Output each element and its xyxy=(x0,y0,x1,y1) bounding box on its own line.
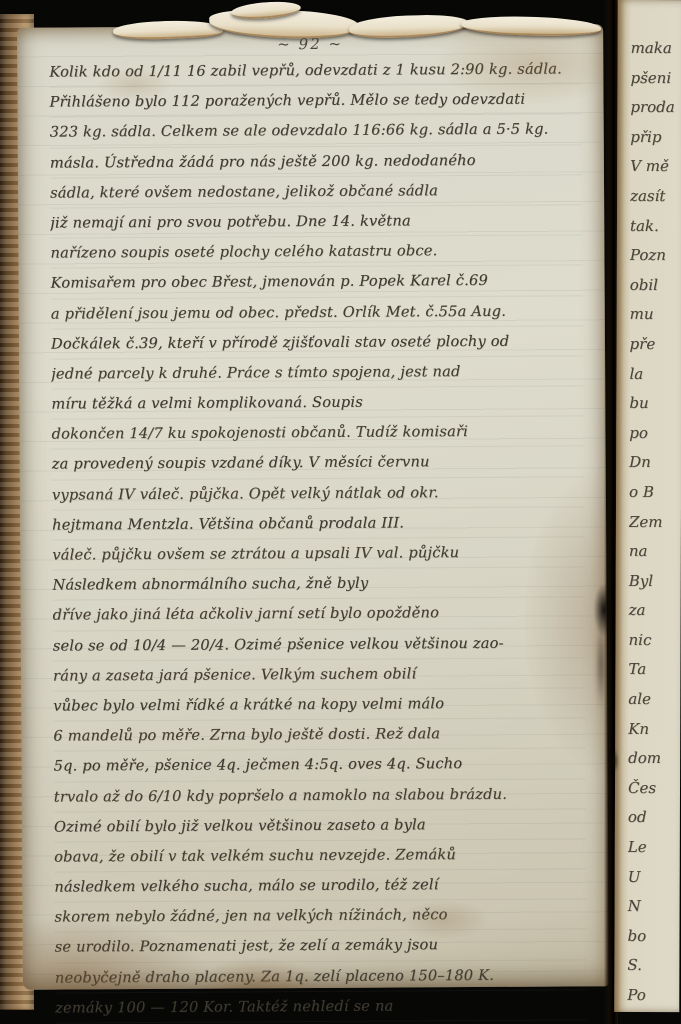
facing-page-fragment: Zem xyxy=(629,507,681,537)
facing-page-fragment: proda xyxy=(630,93,681,123)
manuscript-line: 323 kg. sádla. Celkem se ale odevzdalo 1… xyxy=(50,115,582,148)
manuscript-line: obava, že obilí v tak velkém suchu nevze… xyxy=(54,839,586,872)
facing-page-fragment: Pozn xyxy=(630,241,681,271)
facing-page-fragment: na xyxy=(629,537,681,567)
facing-page-fragment: nic xyxy=(628,626,681,656)
manuscript-line: Přihlášeno bylo 112 poražených vepřů. Mě… xyxy=(49,85,581,118)
facing-page-text-column: maka pšeni proda přip V mě zasít tak. Po… xyxy=(627,34,681,1011)
facing-page-fragment: U xyxy=(628,863,681,893)
facing-page-fragment: obil xyxy=(630,271,681,301)
manuscript-line: za provedený soupis vzdané díky. V měsíc… xyxy=(52,447,584,480)
facing-page-fragment: za xyxy=(629,596,681,626)
ink-smudge xyxy=(607,748,619,774)
manuscript-line: dříve jako jiná léta ačkoliv jarní setí … xyxy=(53,598,585,631)
left-manuscript-page: ~ 92 ~ Kolik kdo od 1/11 16 zabil vepřů,… xyxy=(17,24,609,990)
facing-page-fragment: Byl xyxy=(629,567,681,597)
facing-page-fragment: Dn xyxy=(629,448,681,478)
manuscript-line: 6 mandelů po měře. Zrna bylo ještě dosti… xyxy=(53,718,585,751)
facing-page-fragment: tak. xyxy=(630,211,681,241)
facing-page-fragment: Kn xyxy=(628,715,681,745)
ink-smudge xyxy=(594,584,614,636)
facing-page-fragment: la xyxy=(629,359,681,389)
manuscript-text-block: Kolik kdo od 1/11 16 zabil vepřů, odevzd… xyxy=(49,54,587,1023)
facing-page-fragment: dom xyxy=(628,744,681,774)
manuscript-line: následkem velkého sucha, málo se urodilo… xyxy=(54,869,586,902)
facing-page-fragment: maka xyxy=(631,34,681,64)
facing-page-fragment: mu xyxy=(630,300,681,330)
manuscript-line: dokončen 14/7 ku spokojenosti občanů. Tu… xyxy=(51,417,583,450)
manuscript-line: selo se od 10/4 — 20/4. Ozimé pšenice ve… xyxy=(53,628,585,661)
manuscript-line: váleč. půjčku ovšem se ztrátou a upsali … xyxy=(52,537,584,570)
manuscript-line: sádla, které ovšem nedostane, jelikož ob… xyxy=(50,175,582,208)
manuscript-line: Kolik kdo od 1/11 16 zabil vepřů, odevzd… xyxy=(49,54,581,87)
facing-page-fragment: ale xyxy=(628,685,681,715)
manuscript-line: 5q. po měře, pšenice 4q. ječmen 4:5q. ov… xyxy=(53,749,585,782)
manuscript-line: zemáky 100 — 120 Kor. Taktéž nehledí se … xyxy=(55,990,587,1023)
facing-page-fragment: bu xyxy=(629,389,681,419)
facing-page-fragment: Čes xyxy=(628,774,681,804)
facing-page-fragment: přip xyxy=(630,123,681,153)
facing-page-fragment: o B xyxy=(629,478,681,508)
manuscript-line: hejtmana Mentzla. Většina občanů prodala… xyxy=(52,507,584,540)
facing-page-fragment: Po xyxy=(627,981,681,1011)
manuscript-line: rány a zaseta jará pšenice. Velkým suche… xyxy=(53,658,585,691)
facing-page-fragment: Le xyxy=(628,833,681,863)
facing-page-fragment: V mě xyxy=(630,152,681,182)
facing-page-fragment: N xyxy=(628,892,681,922)
manuscript-line: trvalo až do 6/10 kdy popršelo a namoklo… xyxy=(54,779,586,812)
manuscript-line: másla. Ústředna žádá pro nás ještě 200 k… xyxy=(50,145,582,178)
manuscript-line: Ozimé obilí bylo již velkou většinou zas… xyxy=(54,809,586,842)
manuscript-line: Komisařem pro obec Břest, jmenován p. Po… xyxy=(51,266,583,299)
facing-page-fragment: Ta xyxy=(628,655,681,685)
facing-page-fragment: zasít xyxy=(630,182,681,212)
facing-page-fragment: pšeni xyxy=(630,64,681,94)
manuscript-line: skorem nebylo žádné, jen na velkých níži… xyxy=(54,900,586,933)
facing-page-fragment: od xyxy=(628,803,681,833)
facing-page-fragment: S. xyxy=(627,951,681,981)
manuscript-line: již nemají ani pro svou potřebu. Dne 14.… xyxy=(50,205,582,238)
manuscript-line: nařízeno soupis oseté plochy celého kata… xyxy=(50,235,582,268)
manuscript-line: neobyčejně draho placeny. Za 1q. zelí pl… xyxy=(55,960,587,993)
manuscript-line: a přidělení jsou jemu od obec. předst. O… xyxy=(51,296,583,329)
facing-page-fragment: pře xyxy=(630,330,681,360)
manuscript-line: Následkem abnormálního sucha, žně byly xyxy=(52,568,584,601)
manuscript-line: Dočkálek č.39, kteří v přírodě zjišťoval… xyxy=(51,326,583,359)
manuscript-line: míru těžká a velmi komplikovaná. Soupis xyxy=(51,386,583,419)
page-number: ~ 92 ~ xyxy=(17,33,603,55)
right-facing-page-edge: maka pšeni proda přip V mě zasít tak. Po… xyxy=(614,0,681,1012)
facing-page-fragment: po xyxy=(629,419,681,449)
manuscript-photo: ~ 92 ~ Kolik kdo od 1/11 16 zabil vepřů,… xyxy=(0,0,681,1024)
manuscript-line: jedné parcely k druhé. Práce s tímto spo… xyxy=(51,356,583,389)
facing-page-fragment: bo xyxy=(627,922,681,952)
manuscript-line: se urodilo. Poznamenati jest, že zelí a … xyxy=(55,930,587,963)
manuscript-line: vůbec bylo velmi řídké a krátké na kopy … xyxy=(53,688,585,721)
manuscript-line: vypsaná IV váleč. půjčka. Opět velký nát… xyxy=(52,477,584,510)
